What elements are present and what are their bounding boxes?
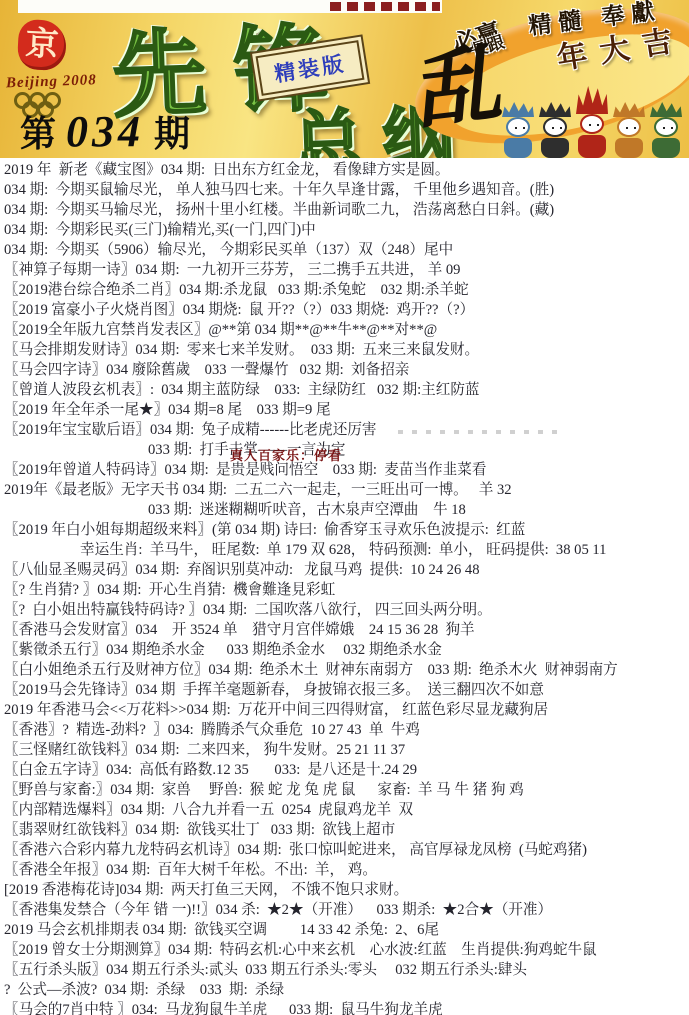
tip-line: 〖? 白小姐出特赢钱特码诗? 〗034 期: 二国吹落八欲行， 四三回头两分明。 bbox=[0, 600, 689, 620]
tip-line: 033 期: 打手击掌——一言为定 bbox=[0, 440, 689, 460]
masthead: 京 Beijing 2008 先锋 总纲 第034期 精装版 必赢 精髓 奉獻 … bbox=[0, 0, 689, 158]
tip-line: 〖香港六合彩内幕九龙特码玄机诗〗034 期: 张口惊叫蛇进来， 高官厚禄龙凤榜 … bbox=[0, 840, 689, 860]
issue-prefix: 第 bbox=[20, 114, 56, 154]
tip-line: 034 期: 今期买鼠输尽光， 单人独马四七来。十年久旱逢甘露， 千里他乡遇知音… bbox=[0, 180, 689, 200]
tip-line: 〖香港集发禁合（今年 错 一)!!〗034 杀: ★2★（开准） 033 期杀:… bbox=[0, 900, 689, 920]
tip-line: 〖白金五字诗〗034: 高低有路数.12 35 033: 是八还是十.24 29 bbox=[0, 760, 689, 780]
tip-line: 〖? 生肖猜? 〗034 期: 开心生肖猜: 機會難逢見彩虹 bbox=[0, 580, 689, 600]
mascot-huanhuan-icon bbox=[576, 86, 608, 158]
tip-line: 〖紫徵杀五行〗034 期绝杀水金 033 期绝杀金水 032 期绝杀水金 bbox=[0, 640, 689, 660]
mascot-nini-icon bbox=[650, 102, 682, 158]
tip-line: 〖2019 年白小姐每期超级来料〗(第 034 期) 诗曰: 偷香穿玉寻欢乐色波… bbox=[0, 520, 689, 540]
tip-line: 〖香港马会发财富〗034 开 3524 单 猎守月宫伴嫦娥 24 15 36 2… bbox=[0, 620, 689, 640]
tip-line: 034 期: 今期买马输尽光， 扬州十里小红楼。半曲新词歌二九， 浩荡离愁白日斜… bbox=[0, 200, 689, 220]
tip-line: 2019 年香港马会<<万花料>>034 期: 万花开中间三四得财富， 红蓝色彩… bbox=[0, 700, 689, 720]
fuwa-mascots bbox=[502, 84, 682, 158]
tip-line: 033 期: 迷迷糊糊听吠音，古木泉声空潭曲 牛 18 bbox=[0, 500, 689, 520]
tip-line: 〖内部精选爆料〗034 期: 八合九并看一五 0254 虎鼠鸡龙羊 双 bbox=[0, 800, 689, 820]
seal-glyph: 京 bbox=[25, 26, 60, 64]
tip-line: 〖五行杀头版〗034 期五行杀头:贰头 033 期五行杀头:零头 032 期五行… bbox=[0, 960, 689, 980]
tip-line: 〖2019年宝宝歇后语〗034 期: 兔子成精------比老虎还厉害 bbox=[0, 420, 689, 440]
tip-line: 〖马会的7肖中特 〗034: 马龙狗鼠牛羊虎 033 期: 鼠马牛狗龙羊虎 bbox=[0, 1000, 689, 1015]
mascot-jingjing-icon bbox=[539, 102, 571, 158]
tip-line: ? 公式—杀波? 034 期: 杀绿 033 期: 杀绿 bbox=[0, 980, 689, 1000]
watermark-overlay: 真人百家乐：停看 bbox=[230, 445, 342, 464]
tip-line: 〖香港〗? 精选-劲料? 〗034: 腾腾杀气众垂危 10 27 43 单 牛鸡 bbox=[0, 720, 689, 740]
tip-line: 〖野兽与家畜:〗034 期: 家兽 野兽: 猴 蛇 龙 兔 虎 鼠 家畜: 羊 … bbox=[0, 780, 689, 800]
tips-body: 2019 年 新老《藏宝图》034 期: 日出东方红金龙， 看像肆方实是圆。03… bbox=[0, 158, 689, 1015]
tip-line: 〖曾道人波段玄机表〗: 034 期主蓝防绿 033: 主绿防红 032 期:主红… bbox=[0, 380, 689, 400]
tip-line: 〖三怪赌红欲钱料〗034 期: 二来四来， 狗牛发财。25 21 11 37 bbox=[0, 740, 689, 760]
mascot-yingying-icon bbox=[613, 102, 645, 158]
tip-line: 034 期: 今期彩民买(三门)输精光,买(一门,四门)中 bbox=[0, 220, 689, 240]
issue-suffix: 期 bbox=[154, 114, 190, 154]
calligraphy-glyph: 乱 bbox=[415, 39, 510, 135]
issue-digits: 034 bbox=[66, 107, 144, 156]
tip-line: 〖2019年曾道人特码诗〗034 期: 是贵是贱问悟空 033 期: 麦苗当作韭… bbox=[0, 460, 689, 480]
beijing-seal-icon: 京 bbox=[17, 19, 68, 71]
tip-line: 〖2019全年版九宫禁肖发表区〗@**第 034 期**@**牛**@**对**… bbox=[0, 320, 689, 340]
tip-line: 〖2019马会先锋诗〗034 期 手挥羊毫题新春， 身披锦衣报三多。 送三翻四次… bbox=[0, 680, 689, 700]
issue-number: 第034期 bbox=[20, 106, 190, 157]
tip-line: 〖2019 年全年杀一尾★〗034 期=8 尾 033 期=9 尾 bbox=[0, 400, 689, 420]
tip-line: 2019年《最老版》无字天书 034 期: 二五二六一起走，一三旺出可一博。 羊… bbox=[0, 480, 689, 500]
tip-line: 幸运生肖: 羊马牛， 旺尾数: 单 179 双 628， 特码预测: 单小， 旺… bbox=[0, 540, 689, 560]
tip-line: 〖2019 曾女士分期测算〗034 期: 特码玄机:心中来玄机 心水波:红蓝 生… bbox=[0, 940, 689, 960]
tip-line: 2019 年 新老《藏宝图》034 期: 日出东方红金龙， 看像肆方实是圆。 bbox=[0, 160, 689, 180]
faded-print-artifact bbox=[398, 430, 563, 434]
tip-line: 〖八仙显圣赐灵码〗034 期: 弃阁识别莫冲动: 龙鼠马鸡 提供: 10 24 … bbox=[0, 560, 689, 580]
tip-line: 034 期: 今期买（5906）输尽光， 今期彩民买单（137）双（248）尾中 bbox=[0, 240, 689, 260]
pioneer-tipsheet-page: 京 Beijing 2008 先锋 总纲 第034期 精装版 必赢 精髓 奉獻 … bbox=[0, 0, 689, 1015]
tip-line: [2019 香港梅花诗]034 期: 两天打鱼三天网， 不饿不饱只求财。 bbox=[0, 880, 689, 900]
tip-lines: 2019 年 新老《藏宝图》034 期: 日出东方红金龙， 看像肆方实是圆。03… bbox=[0, 160, 689, 1015]
tip-line: 2019 马会玄机排期表 034 期: 欲钱买空调 14 33 42 杀兔: 2… bbox=[0, 920, 689, 940]
tip-line: 〖马会四字诗〗034 廢除舊歲 033 一聲爆竹 032 期: 刘备招亲 bbox=[0, 360, 689, 380]
tip-line: 〖2019港台综合绝杀二肖〗034 期:杀龙鼠 033 期:杀兔蛇 032 期:… bbox=[0, 280, 689, 300]
mascot-beibei-icon bbox=[502, 102, 534, 158]
tip-line: 〖白小姐绝杀五行及财神方位〗034 期: 绝杀木土 财神东南弱方 033 期: … bbox=[0, 660, 689, 680]
tip-line: 〖翡翠财红欲钱料〗034 期: 欲钱买壮丁 033 期: 欲钱上超市 bbox=[0, 820, 689, 840]
tip-line: 〖2019 富豪小子火烧肖图〗034 期烧: 鼠 开??（?）033 期烧: 鸡… bbox=[0, 300, 689, 320]
tip-line: 〖马会排期发财诗〗034 期: 零来七来羊发财。 033 期: 五来三来鼠发财。 bbox=[0, 340, 689, 360]
tip-line: 〖神算子每期一诗〗034 期: 一九初开三芬芳， 三二携手五共进， 羊 09 bbox=[0, 260, 689, 280]
tip-line: 〖香港全年报〗034 期: 百年大树千年松。不出: 羊， 鸡。 bbox=[0, 860, 689, 880]
